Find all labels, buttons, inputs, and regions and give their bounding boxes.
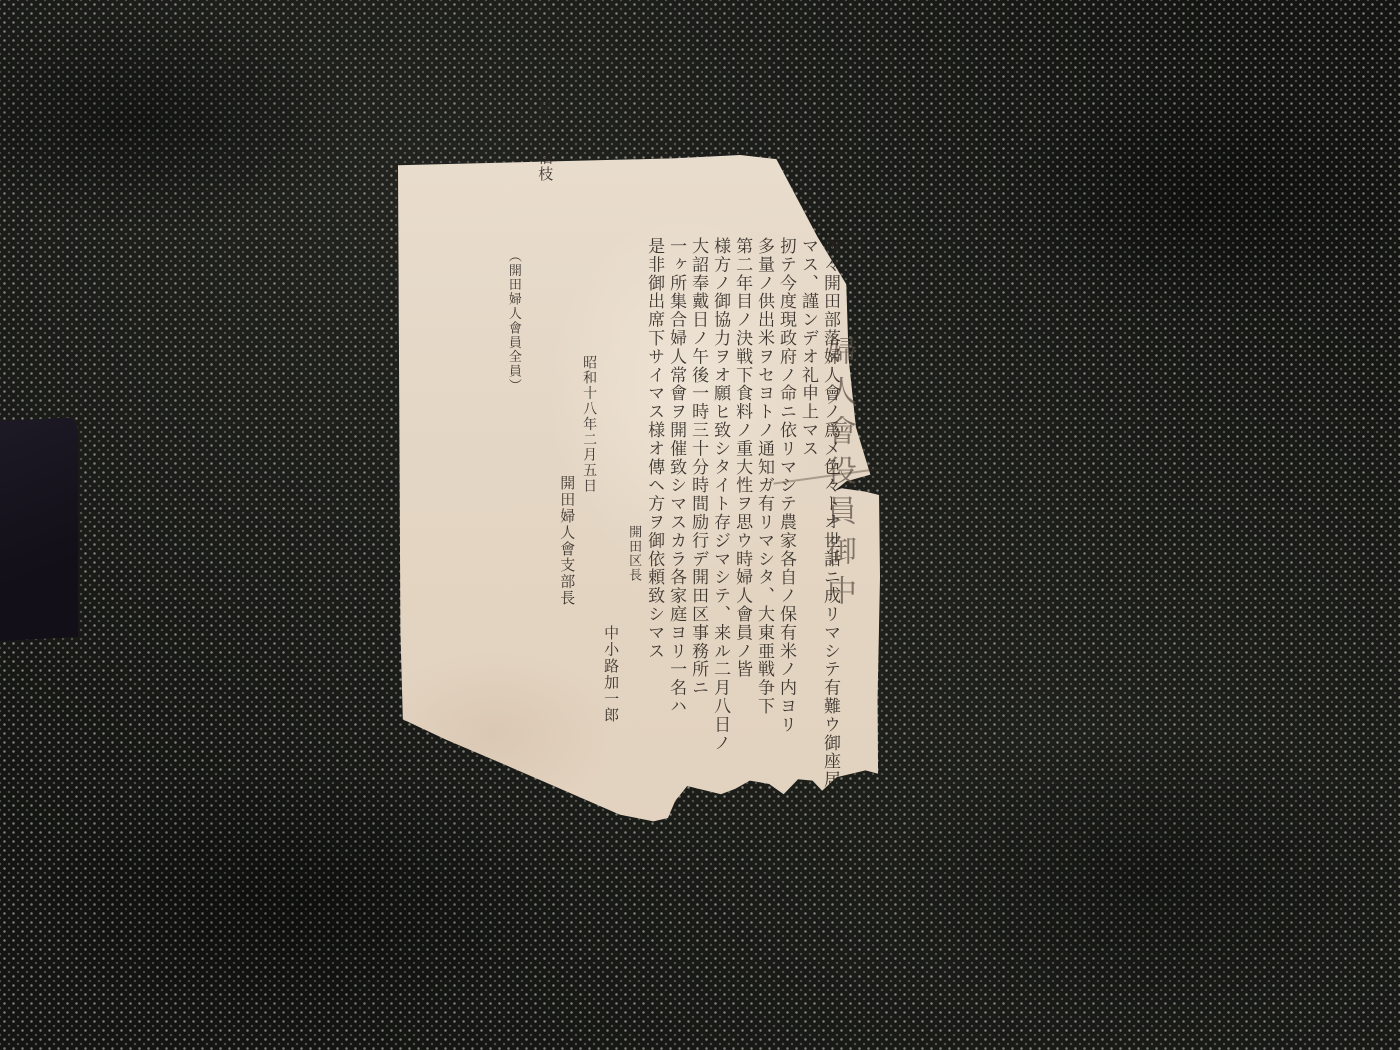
body-line-2: マス、謹ンデオ礼申上マス (794, 237, 816, 755)
body-line-3: 扨テ今度現政府ノ命ニ依リマシテ農家各自ノ保有米ノ内ヨリ (772, 237, 794, 755)
document-body: 毎々開田部落婦人會ノ爲メ色々トオ世話ニ成リマシテ有難ウ御座居 マス、謹ンデオ礼申… (498, 225, 838, 755)
ward-head-name: 中小路加一郎 (596, 625, 618, 755)
recipient-note: （開田婦人會員全員） (498, 249, 520, 755)
body-line-5: 第二年目ノ決戦下食料ノ重大性ヲ思ウ時婦人會員ノ皆 (728, 237, 750, 755)
body-line-4: 多量ノ供出米ヲセヨトノ通知ガ有リマシタ、大東亜戦争下 (750, 237, 772, 755)
device-edge (0, 417, 78, 643)
document-sheet: 婦人會役員御中 毎々開田部落婦人會ノ爲メ色々トオ世話ニ成リマシテ有難ウ御座居 マ… (398, 155, 880, 835)
body-line-6: 様方ノ御協力ヲオ願ヒ致シタイト存ジマシテ、来ル二月八日ノ (706, 237, 728, 755)
branch-head-title: 開田婦人會支部長 (552, 475, 574, 755)
body-line-9: 是非御出席下サイマス様オ傳ヘ方ヲ御依頼致シマス (640, 237, 662, 755)
body-line-7: 大詔奉戴日ノ午後一時三十分時間励行デ開田区事務所ニ (684, 237, 706, 755)
body-line-1: 毎々開田部落婦人會ノ爲メ色々トオ世話ニ成リマシテ有難ウ御座居 (816, 237, 838, 755)
ward-head-title: 開田区長 (618, 525, 640, 755)
branch-head-name: 黒田 信枝 (530, 100, 552, 755)
document-date: 昭和十八年二月五日 (574, 355, 596, 755)
body-line-8: 一ヶ所集合婦人常會ヲ開催致シマスカラ各家庭ヨリ一名ハ (662, 237, 684, 755)
